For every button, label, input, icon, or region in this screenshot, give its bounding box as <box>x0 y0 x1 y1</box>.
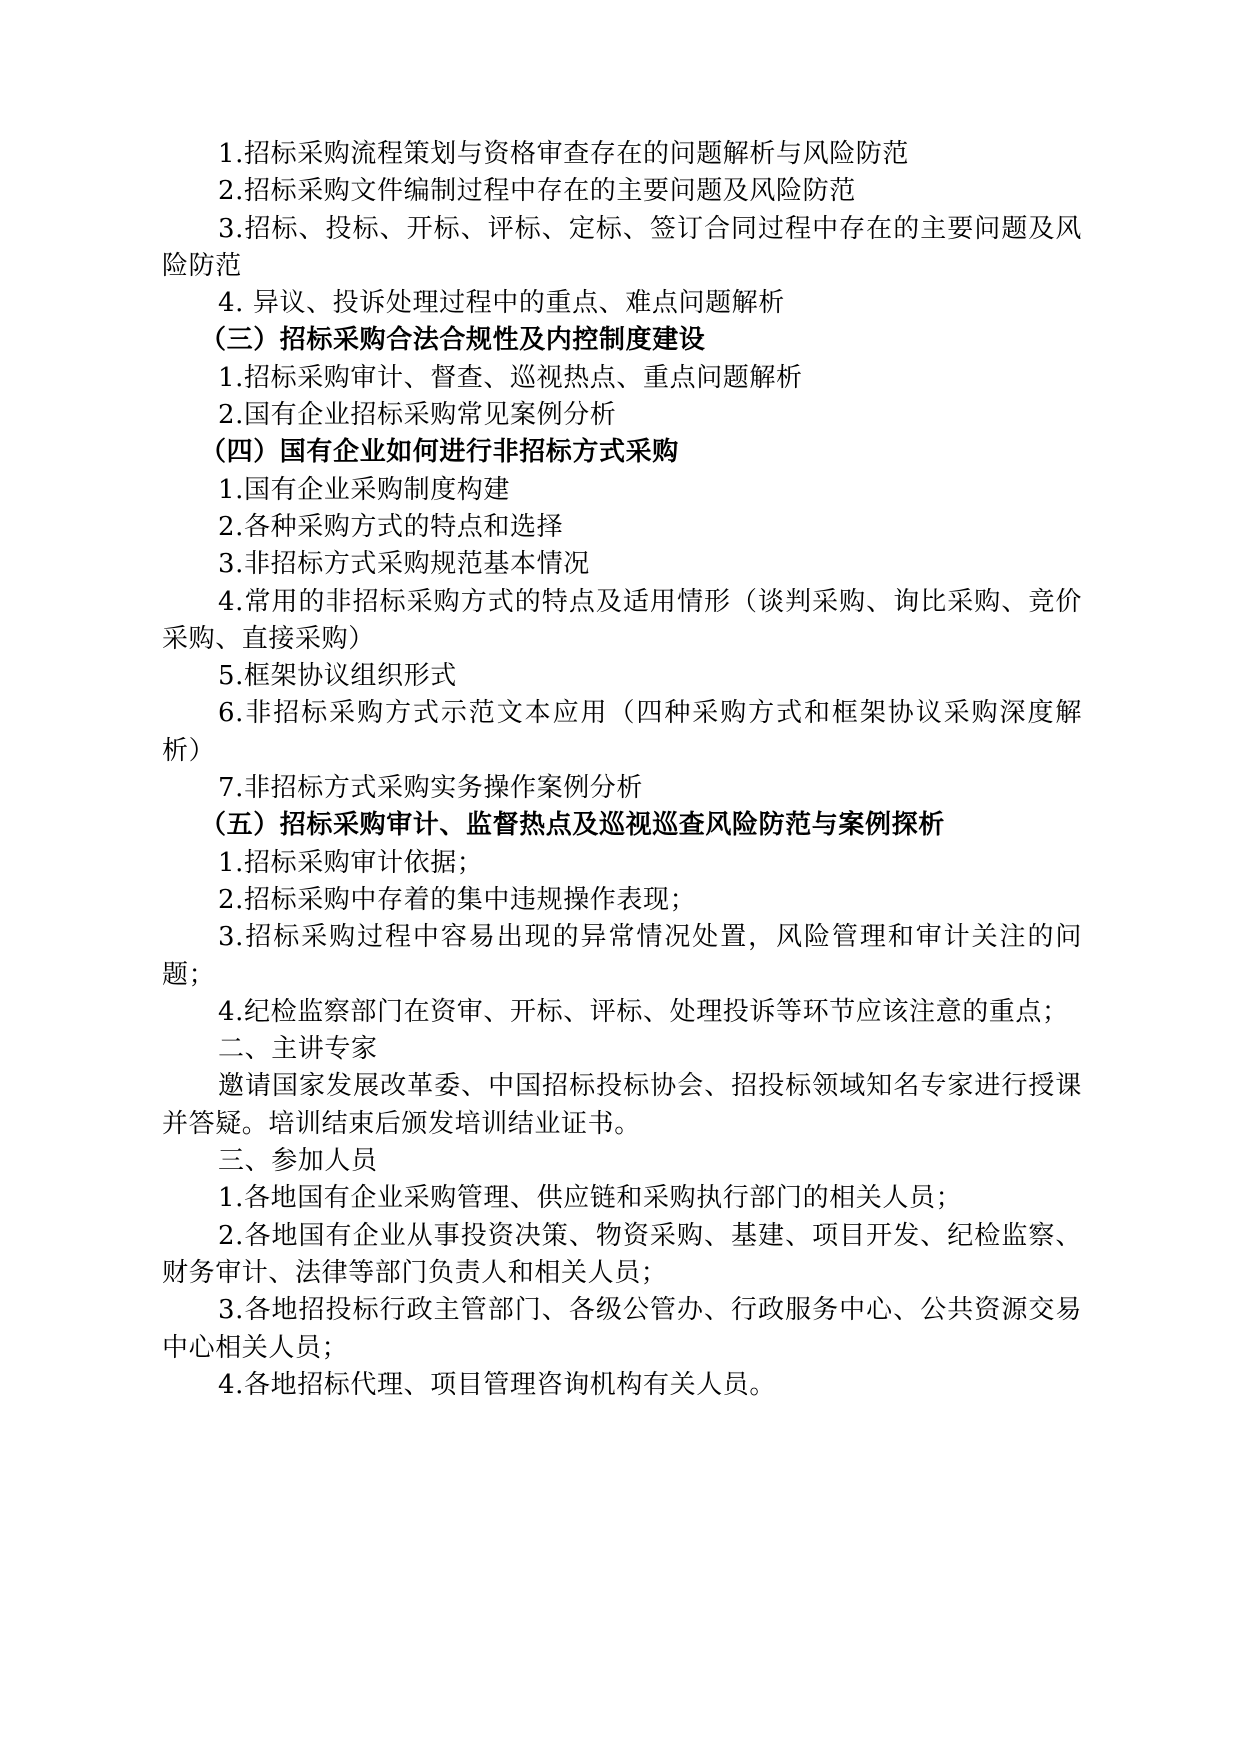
body-paragraph: 邀请国家发展改革委、中国招标投标协会、招投标领域知名专家进行授课并答疑。培训结束… <box>162 1068 1082 1143</box>
list-item: 5.框架协议组织形式 <box>162 658 1082 695</box>
document-page: 1.招标采购流程策划与资格审查存在的问题解析与风险防范 2.招标采购文件编制过程… <box>162 136 1082 1404</box>
list-item: 2.各地国有企业从事投资决策、物资采购、基建、项目开发、纪检监察、财务审计、法律… <box>162 1218 1082 1293</box>
list-item: 3.各地招投标行政主管部门、各级公管办、行政服务中心、公共资源交易中心相关人员； <box>162 1292 1082 1367</box>
list-item: 2.国有企业招标采购常见案例分析 <box>162 397 1082 434</box>
list-item: 2.招标采购中存着的集中违规操作表现； <box>162 882 1082 919</box>
list-item: 1.招标采购审计、督查、巡视热点、重点问题解析 <box>162 360 1082 397</box>
list-item: 4. 异议、投诉处理过程中的重点、难点问题解析 <box>162 285 1082 322</box>
section-heading-lecturers: 二、主讲专家 <box>162 1031 1082 1068</box>
list-item: 1.各地国有企业采购管理、供应链和采购执行部门的相关人员； <box>162 1180 1082 1217</box>
section-heading-participants: 三、参加人员 <box>162 1143 1082 1180</box>
list-item: 2.招标采购文件编制过程中存在的主要问题及风险防范 <box>162 173 1082 210</box>
subsection-heading: （四）国有企业如何进行非招标方式采购 <box>162 434 1082 471</box>
list-item: 1.招标采购流程策划与资格审查存在的问题解析与风险防范 <box>162 136 1082 173</box>
list-item: 3.招标采购过程中容易出现的异常情况处置，风险管理和审计关注的问题； <box>162 919 1082 994</box>
list-item: 2.各种采购方式的特点和选择 <box>162 509 1082 546</box>
list-item: 4.纪检监察部门在资审、开标、评标、处理投诉等环节应该注意的重点； <box>162 994 1082 1031</box>
subsection-heading: （五）招标采购审计、监督热点及巡视巡查风险防范与案例探析 <box>162 807 1082 844</box>
list-item: 1.招标采购审计依据； <box>162 845 1082 882</box>
list-item: 4.常用的非招标采购方式的特点及适用情形（谈判采购、询比采购、竞价采购、直接采购… <box>162 584 1082 659</box>
list-item: 3.非招标方式采购规范基本情况 <box>162 546 1082 583</box>
list-item: 7.非招标方式采购实务操作案例分析 <box>162 770 1082 807</box>
list-item: 1.国有企业采购制度构建 <box>162 472 1082 509</box>
list-item: 6.非招标采购方式示范文本应用（四种采购方式和框架协议采购深度解析） <box>162 695 1082 770</box>
subsection-heading: （三）招标采购合法合规性及内控制度建设 <box>162 322 1082 359</box>
list-item: 3.招标、投标、开标、评标、定标、签订合同过程中存在的主要问题及风险防范 <box>162 211 1082 286</box>
list-item: 4.各地招标代理、项目管理咨询机构有关人员。 <box>162 1367 1082 1404</box>
